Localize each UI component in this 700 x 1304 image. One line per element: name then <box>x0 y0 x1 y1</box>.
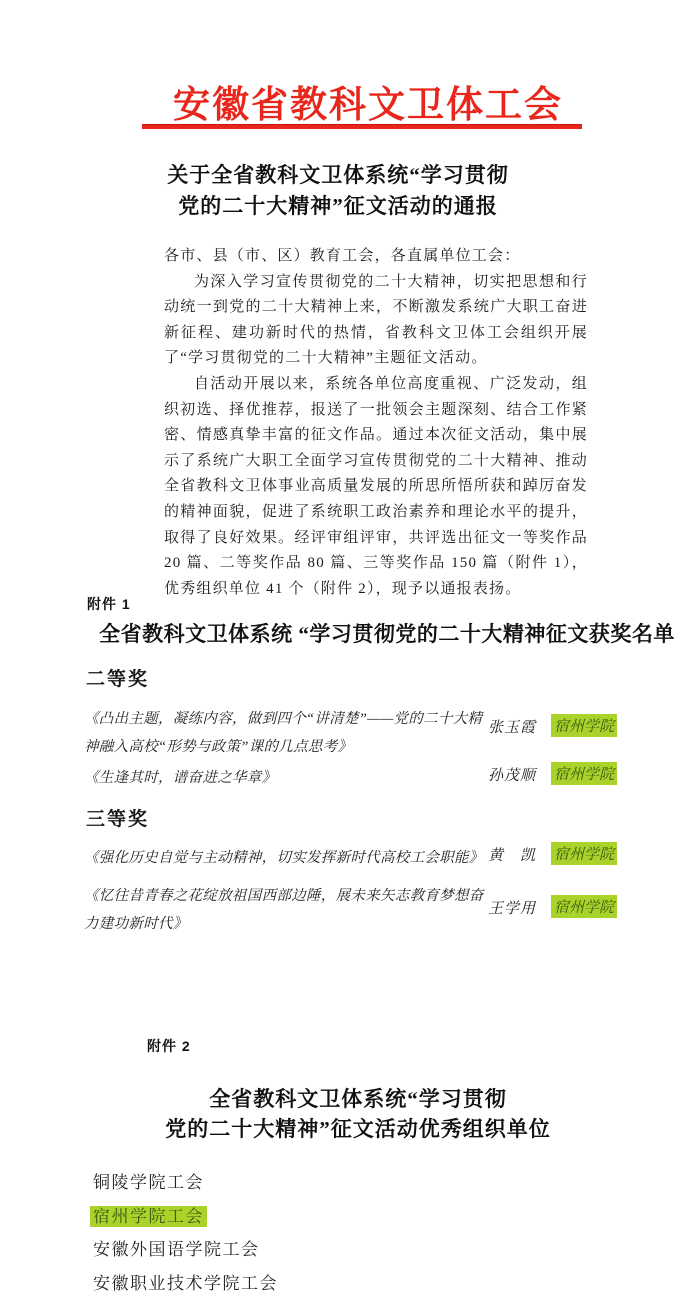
attachment1-heading: 全省教科文卫体系统 “学习贯彻党的二十大精神征文获奖名单 <box>74 618 700 648</box>
award-entry-author: 王学用 <box>488 897 536 918</box>
excellent-unit-list: 铜陵学院工会 宿州学院工会 安徽外国语学院工会 安徽职业技术学院工会 <box>93 1166 278 1300</box>
notice-body: 各市、县（市、区）教育工会，各直属单位工会： 为深入学习宣传贯彻党的二十大精神，… <box>164 244 588 602</box>
award-entry-author: 张玉霞 <box>488 716 536 737</box>
award-entry-unit-highlight: 宿州学院 <box>551 714 617 737</box>
salutation: 各市、县（市、区）教育工会，各直属单位工会： <box>164 244 588 270</box>
unit-item-label-highlight: 宿州学院工会 <box>90 1206 207 1227</box>
masthead-title: 安徽省教科文卫体工会 <box>0 74 700 128</box>
unit-item: 铜陵学院工会 <box>93 1166 278 1200</box>
award-entry-author: 黄 凯 <box>488 844 536 865</box>
unit-item: 安徽职业技术学院工会 <box>93 1267 278 1301</box>
attachment2-heading-line2: 党的二十大精神”征文活动优秀组织单位 <box>20 1114 696 1144</box>
award-entry-title: 《强化历史自觉与主动精神，切实发挥新时代高校工会职能》 <box>84 844 524 872</box>
unit-item-highlighted: 宿州学院工会 <box>93 1200 278 1234</box>
award-entry-title: 《忆往昔青春之花绽放祖国西部边陲，展未来矢志教育梦想奋力建功新时代》 <box>84 882 488 938</box>
unit-item-label: 安徽职业技术学院工会 <box>93 1274 278 1293</box>
attachment2-heading: 全省教科文卫体系统“学习贯彻 党的二十大精神”征文活动优秀组织单位 <box>20 1084 696 1144</box>
notice-title-line2: 党的二十大精神”征文活动的通报 <box>0 191 676 222</box>
unit-item-label: 铜陵学院工会 <box>93 1173 204 1192</box>
notice-document: 安徽省教科文卫体工会 关于全省教科文卫体系统“学习贯彻 党的二十大精神”征文活动… <box>0 0 700 1304</box>
paragraph-results: 自活动开展以来，系统各单位高度重视、广泛发动，组织初选、择优推荐，报送了一批领会… <box>164 372 588 602</box>
award-grade-third-prize: 三等奖 <box>86 804 149 831</box>
award-entry-title: 《生逢其时，谱奋进之华章》 <box>84 764 488 792</box>
award-entry-unit-highlight: 宿州学院 <box>551 762 617 785</box>
attachment1-label: 附件 1 <box>87 594 131 614</box>
paragraph-activity-launch: 为深入学习宣传贯彻党的二十大精神，切实把思想和行动统一到党的二十大精神上来，不断… <box>164 270 588 372</box>
award-entry-author: 孙茂顺 <box>488 764 536 785</box>
notice-title: 关于全省教科文卫体系统“学习贯彻 党的二十大精神”征文活动的通报 <box>0 160 676 222</box>
unit-item: 安徽外国语学院工会 <box>93 1233 278 1267</box>
award-entry-unit-highlight: 宿州学院 <box>551 842 617 865</box>
notice-title-line1: 关于全省教科文卫体系统“学习贯彻 <box>0 160 676 191</box>
award-grade-second-prize: 二等奖 <box>86 664 149 691</box>
award-entry-unit-highlight: 宿州学院 <box>551 895 617 918</box>
attachment2-heading-line1: 全省教科文卫体系统“学习贯彻 <box>20 1084 696 1114</box>
masthead-divider <box>142 124 582 129</box>
unit-item-label: 安徽外国语学院工会 <box>93 1240 260 1259</box>
attachment2-label: 附件 2 <box>147 1036 191 1056</box>
award-entry-title: 《凸出主题，凝练内容，做到四个“讲清楚”——党的二十大精神融入高校“形势与政策”… <box>84 705 488 761</box>
